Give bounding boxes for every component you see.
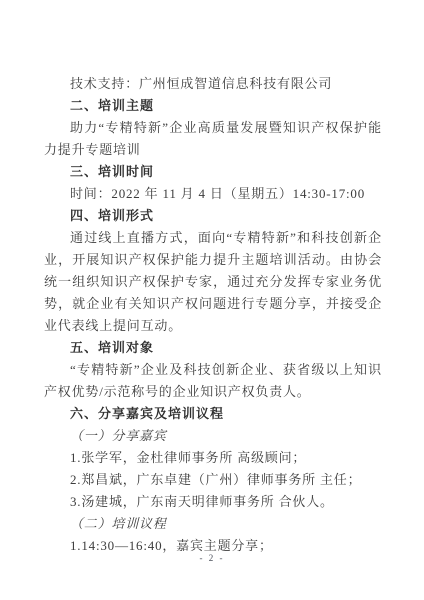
section-heading: 四、培训形式 (44, 205, 382, 227)
paragraph: 3.汤建城，广东南天明律师事务所 合伙人。 (44, 491, 382, 513)
paragraph: 1.张学军，金杜律师事务所 高级顾问； (44, 447, 382, 469)
paragraph: 时间：2022 年 11 月 4 日（星期五）14:30-17:00 (44, 183, 382, 205)
paragraph: 通过线上直播方式，面向“专精特新”和科技创新企业，开展知识产权保护能力提升主题培… (44, 227, 382, 337)
document-body: 技术支持：广州恒成智道信息科技有限公司二、培训主题助力“专精特新”企业高质量发展… (44, 73, 382, 557)
sub-heading: （一）分享嘉宾 (44, 425, 382, 447)
paragraph: “专精特新”企业及科技创新企业、获省级以上知识产权优势/示范称号的企业知识产权负… (44, 359, 382, 403)
section-heading: 三、培训时间 (44, 161, 382, 183)
section-heading: 五、培训对象 (44, 337, 382, 359)
paragraph: 助力“专精特新”企业高质量发展暨知识产权保护能力提升专题培训 (44, 117, 382, 161)
sub-heading: （二）培训议程 (44, 513, 382, 535)
paragraph: 2.郑昌斌，广东卓建（广州）律师事务所 主任； (44, 469, 382, 491)
paragraph: 技术支持：广州恒成智道信息科技有限公司 (44, 73, 382, 95)
document-page: 技术支持：广州恒成智道信息科技有限公司二、培训主题助力“专精特新”企业高质量发展… (0, 0, 424, 600)
page-number: - 2 - (0, 552, 424, 564)
section-heading: 六、分享嘉宾及培训议程 (44, 403, 382, 425)
section-heading: 二、培训主题 (44, 95, 382, 117)
